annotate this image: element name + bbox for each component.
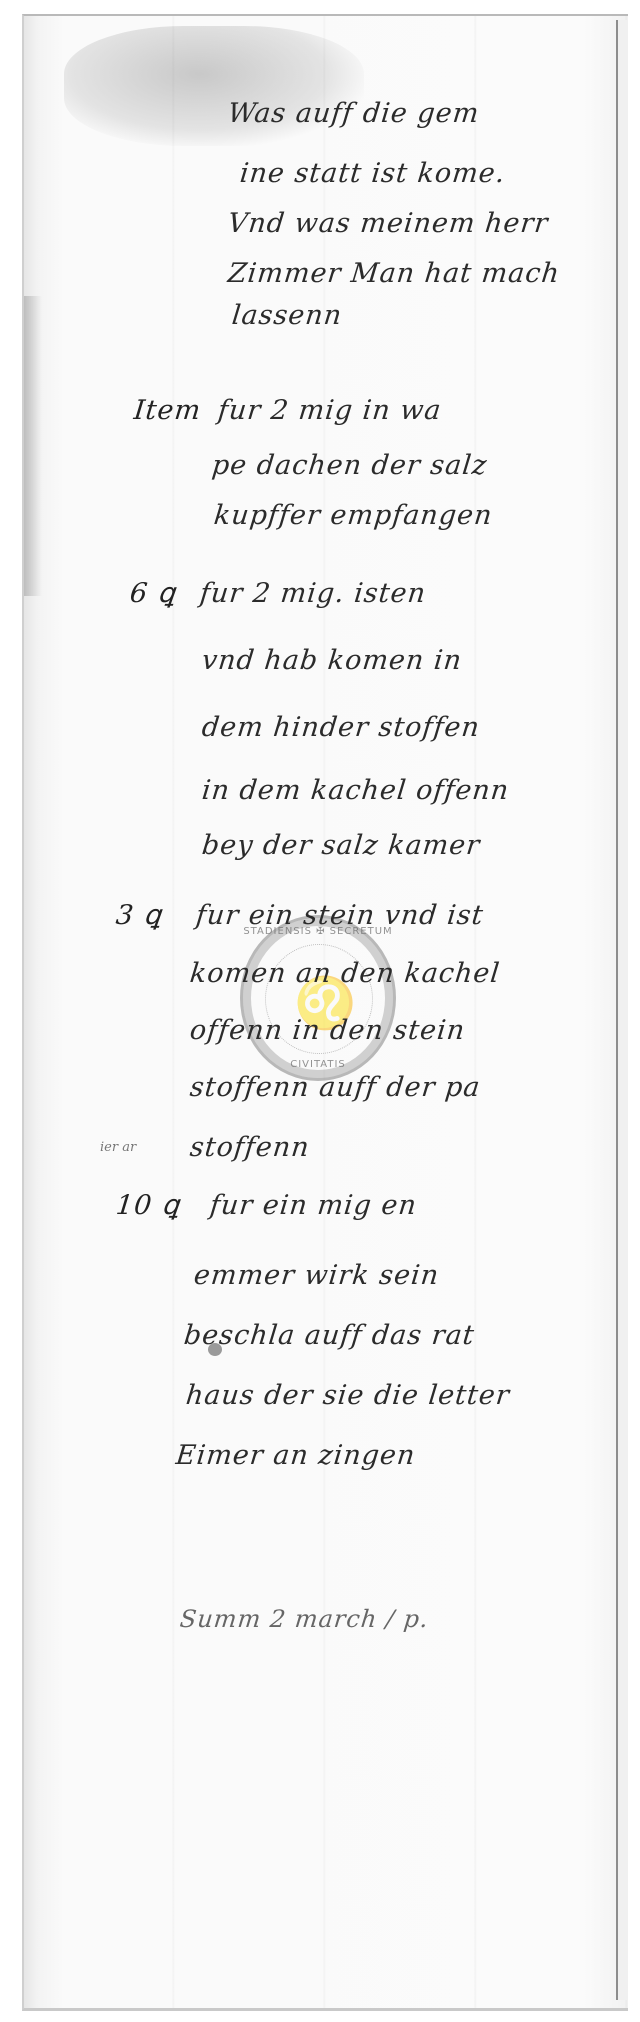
city-seal-stamp: STADIENSIS ✠ SECRETUM ♌ CIVITATIS <box>240 915 396 1081</box>
entry-4-amount: 10 ꝗ <box>114 1190 181 1221</box>
entry-3-line-1: fur ein stein vnd ist <box>194 900 485 931</box>
entry-1-line-1: fur 2 mig in wa <box>216 395 443 426</box>
heading-line-5: lassenn <box>230 300 343 331</box>
page-edge-strip <box>618 20 628 2000</box>
entry-4-line-1: fur ein mig en <box>208 1190 418 1221</box>
entry-3-line-3: offenn in den stein <box>188 1015 466 1046</box>
margin-note: ier ar <box>100 1140 136 1155</box>
heading-line-4: Zimmer Man hat mach <box>226 258 561 289</box>
total-sum: Summ 2 march / p. <box>179 1605 431 1633</box>
entry-1-line-2: pe dachen der salz <box>210 450 489 481</box>
entry-2-amount: 6 ꝗ <box>128 578 177 609</box>
entry-1-line-3: kupffer empfangen <box>212 500 494 531</box>
entry-3-line-5: stoffenn <box>188 1132 311 1163</box>
entry-1-amount: Item <box>132 395 202 426</box>
entry-2-line-3: dem hinder stoffen <box>200 712 481 743</box>
seal-text-bottom: CIVITATIS <box>243 1059 393 1070</box>
entry-2-line-1: fur 2 mig. isten <box>198 578 427 609</box>
entry-2-line-4: in dem kachel offenn <box>200 775 510 806</box>
entry-3-line-2: komen an den kachel <box>188 958 501 989</box>
ink-blot <box>208 1343 222 1356</box>
heading-line-3: Vnd was meinem herr <box>226 208 550 239</box>
entry-4-line-2: emmer wirk sein <box>192 1260 440 1291</box>
heading-line-2: ine statt ist kome. <box>238 158 507 189</box>
entry-2-line-5: bey der salz kamer <box>200 830 481 861</box>
entry-2-line-2: vnd hab komen in <box>200 645 463 676</box>
entry-4-line-5: Eimer an zingen <box>174 1440 417 1471</box>
edge-stain <box>24 296 42 596</box>
entry-3-amount: 3 ꝗ <box>114 900 163 931</box>
entry-4-line-3: beschla auff das rat <box>182 1320 476 1351</box>
entry-3-line-4: stoffenn auff der pa <box>188 1072 482 1103</box>
heading-line-1: Was auff die gem <box>226 98 481 129</box>
entry-4-line-4: haus der sie die letter <box>184 1380 511 1411</box>
